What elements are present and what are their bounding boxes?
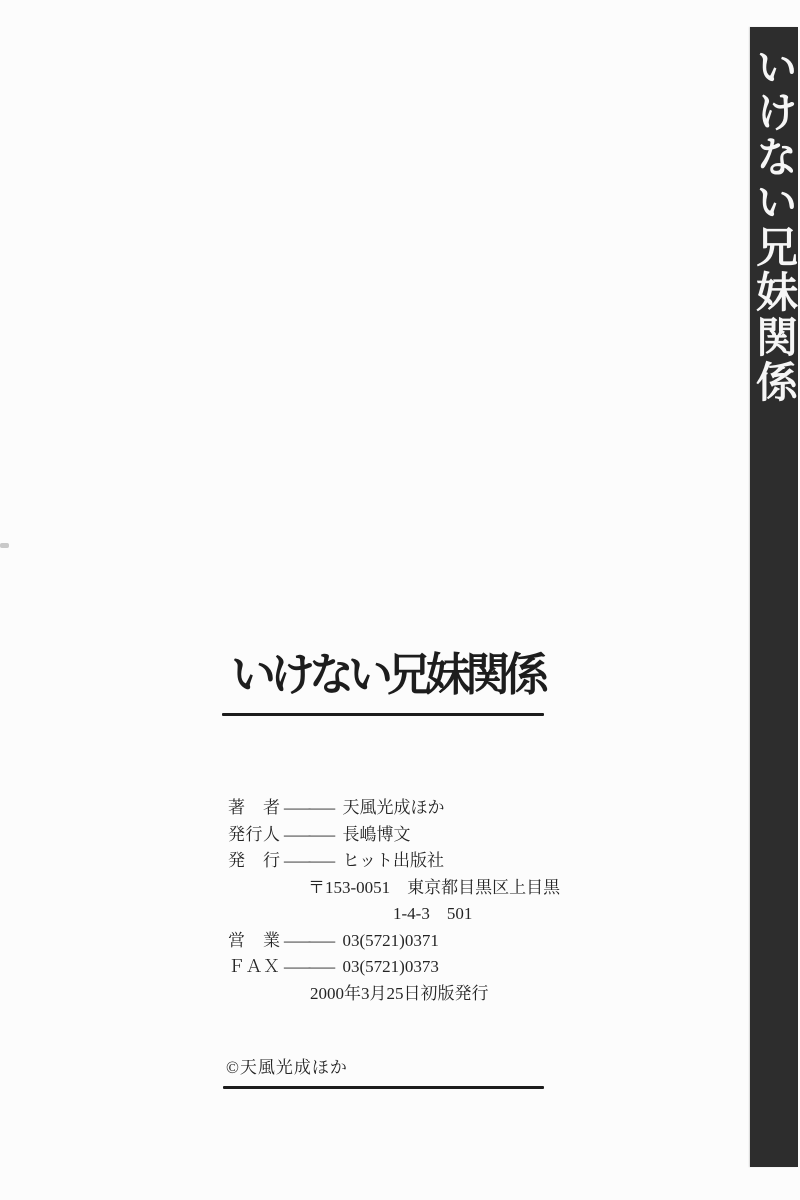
field-label: 著 者 — [228, 795, 280, 822]
field-label: 営 業 — [228, 928, 280, 955]
colophon-row-address: 〒153-0051 東京都目黒区上目黒 — [228, 875, 648, 902]
field-dash: —— — [284, 928, 368, 955]
colophon-row-edition-date: 2000年3月25日初版発行 — [228, 981, 648, 1008]
field-dash: —— — [284, 954, 368, 981]
address-line2: 1-4-3 501 — [393, 904, 472, 923]
book-title: いけない兄妹関係 — [231, 652, 543, 697]
scan-artifact — [0, 543, 9, 548]
colophon-row-fax: ＦＡＸ —— 03(5721)0373 — [228, 954, 648, 981]
colophon-row-publisher-person: 発行人 —— 長嶋博文 — [228, 822, 648, 849]
field-label: ＦＡＸ — [228, 954, 280, 981]
edition-date: 2000年3月25日初版発行 — [310, 984, 489, 1003]
title-underline-rule — [222, 713, 544, 716]
colophon-row-publisher: 発 行 —— ヒット出版社 — [228, 848, 648, 875]
colophon-page: いけない兄妹関係 いけない兄妹関係 著 者 —— 天風光成ほか 発行人 —— 長… — [0, 0, 800, 1200]
colophon-row-address2: 1-4-3 501 — [228, 901, 648, 928]
bottom-rule — [223, 1086, 544, 1089]
colophon-row-author: 著 者 —— 天風光成ほか — [228, 795, 648, 822]
spine-bar: いけない兄妹関係 — [750, 27, 798, 1167]
publication-info: 著 者 —— 天風光成ほか 発行人 —— 長嶋博文 発 行 —— ヒット出版社 … — [228, 795, 648, 1007]
field-label: 発行人 — [228, 822, 280, 849]
spine-vertical-title: いけない兄妹関係 — [750, 27, 798, 405]
field-label: 発 行 — [228, 848, 280, 875]
colophon-row-sales-phone: 営 業 —— 03(5721)0371 — [228, 928, 648, 955]
field-dash: —— — [284, 795, 368, 822]
field-dash: —— — [284, 822, 368, 849]
field-dash: —— — [284, 848, 368, 875]
copyright-line: ©天風光成ほか — [226, 1055, 348, 1081]
address-line: 〒153-0051 東京都目黒区上目黒 — [308, 878, 560, 897]
